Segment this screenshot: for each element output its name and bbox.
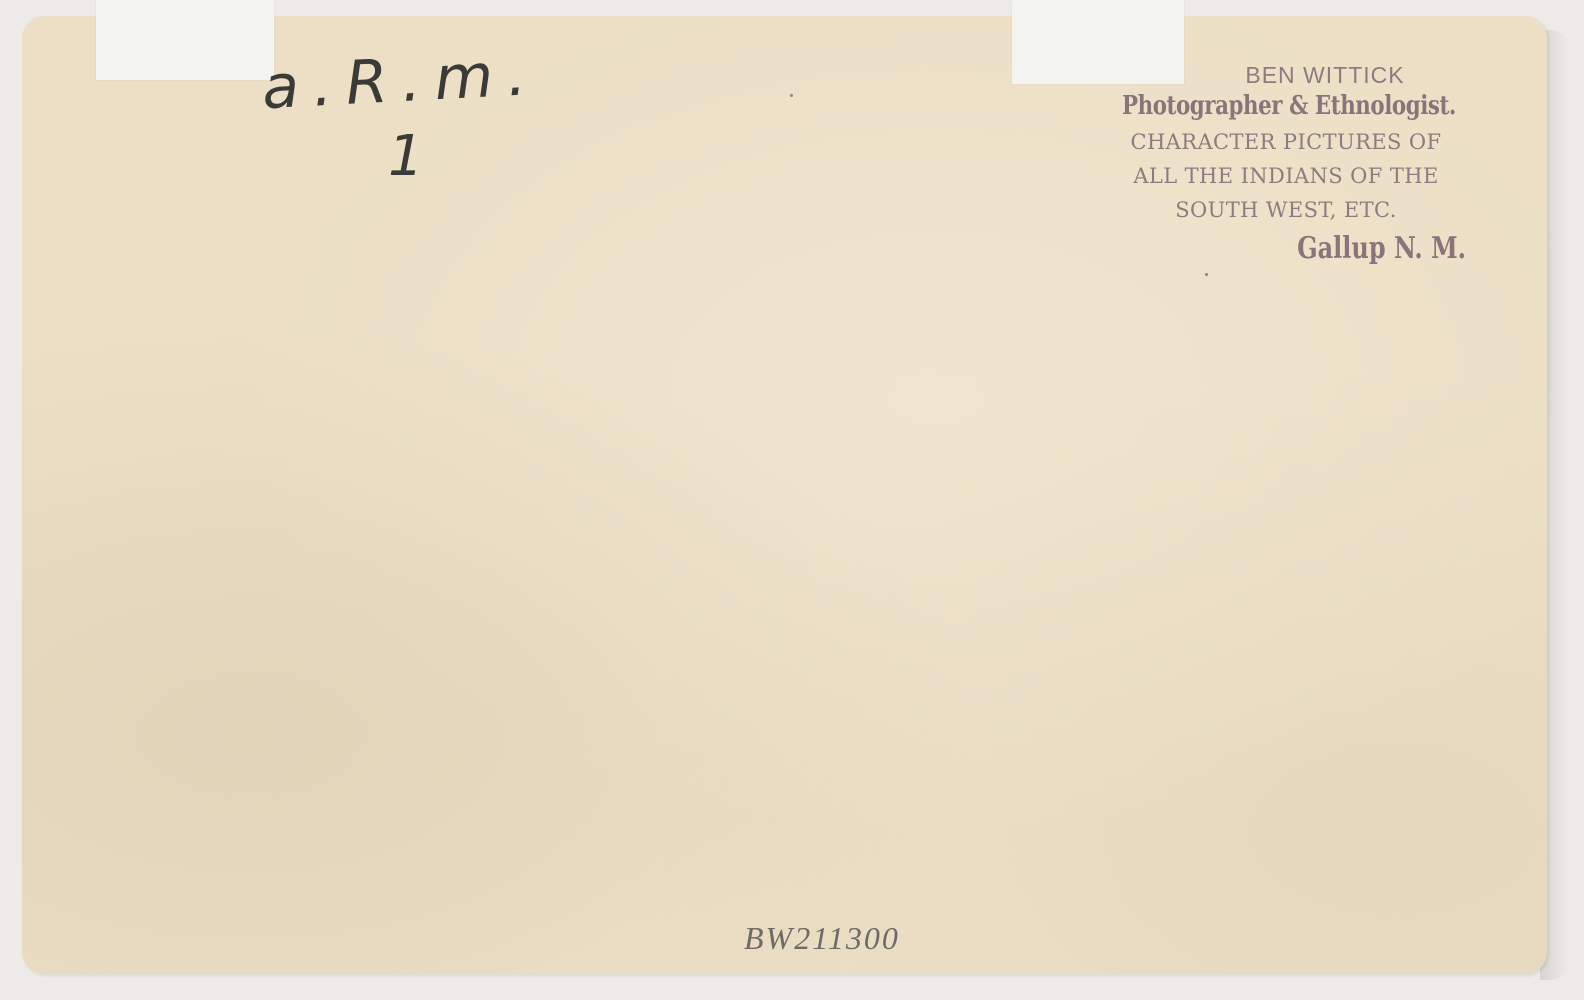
handwritten-catalog-number: BW211300: [744, 920, 900, 957]
photographer-name: BEN WITTICK: [1164, 62, 1486, 89]
handwritten-initials: a.R.m.: [260, 39, 541, 123]
speck: [1205, 273, 1208, 276]
handwritten-number: 1: [388, 124, 424, 189]
photographer-title: Photographer & Ethnologist.: [1122, 91, 1450, 121]
stamp-location: Gallup N. M.: [1162, 231, 1466, 266]
speck: [790, 94, 793, 97]
stamp-line-3: SOUTH WEST, ETC.: [1086, 193, 1486, 227]
mounting-tape-left: [96, 0, 274, 80]
photographer-stamp: BEN WITTICK Photographer & Ethnologist. …: [1086, 62, 1486, 266]
stamp-line-1: CHARACTER PICTURES OF: [1086, 125, 1486, 159]
stamp-line-2: ALL THE INDIANS OF THE: [1086, 159, 1486, 193]
